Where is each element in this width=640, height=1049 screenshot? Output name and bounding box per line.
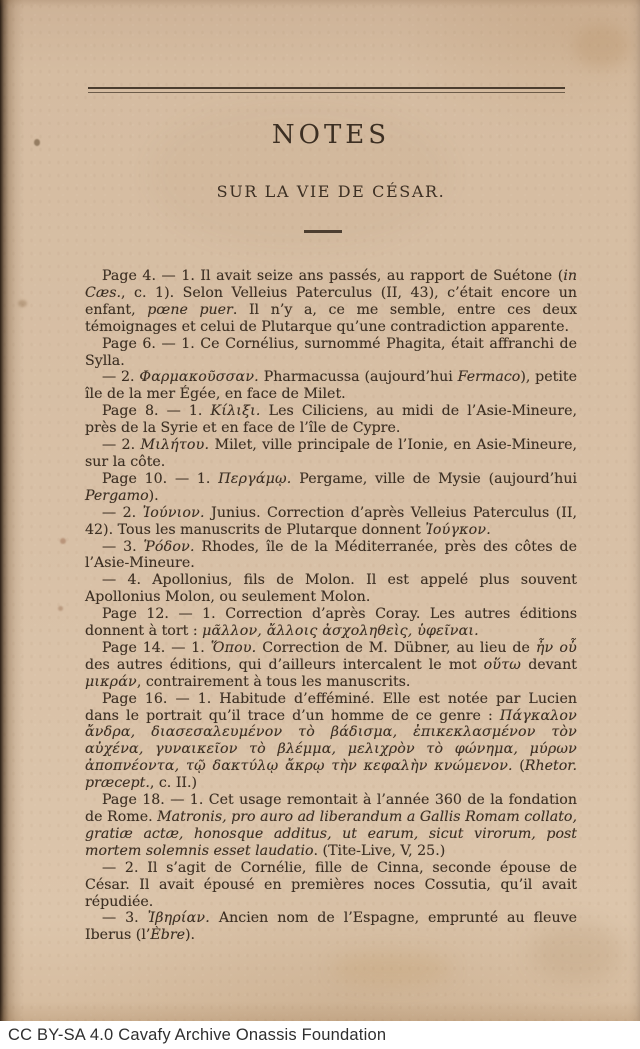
text-run: Pharmacussa (aujourd’hui — [259, 369, 458, 385]
note-paragraph: — 2. Φαρμακοῦσσαν. Pharmacussa (aujourd’… — [85, 369, 577, 403]
note-paragraph: — 2. Μιλήτου. Milet, ville principale de… — [85, 437, 577, 471]
note-paragraph: — 3. Ῥόδον. Rhodes, île de la Méditerran… — [85, 539, 577, 573]
greek-run: οὕτω — [484, 657, 521, 673]
text-run: ). — [185, 927, 195, 943]
paper-stain — [332, 952, 452, 986]
paper-speck — [34, 139, 40, 146]
page-top-edge — [0, 0, 640, 7]
text-run: — 2. — [102, 505, 143, 521]
text-run: — 2. — [102, 369, 139, 385]
text-run: Page 10. — 1. — [102, 471, 218, 487]
text-run: Page 6. — 1. Ce Cornélius, surnommé Phag… — [85, 336, 577, 369]
note-paragraph: Page 14. — 1. Ὅπου. Correction de M. Düb… — [85, 640, 577, 691]
text-run: Pergame, ville de Mysie (aujourd’hui — [292, 471, 577, 487]
text-run: devant — [521, 657, 577, 673]
text-run: . (Tite-Live, V, 25.) — [314, 843, 446, 859]
text-run: , c. II.) — [150, 775, 197, 791]
page-right-edge — [628, 0, 640, 1021]
greek-run: Ἰούγκον. — [425, 522, 491, 538]
book-page-scan: NOTES SUR LA VIE DE CÉSAR. Page 4. — 1. … — [0, 0, 640, 1021]
text-run: — 2. Il s’agit de Cornélie, fille de Cin… — [85, 860, 577, 910]
greek-run: Ἰούνιον. — [143, 505, 205, 521]
paper-speck — [60, 538, 66, 544]
italic-run: Fermaco — [458, 369, 521, 385]
note-paragraph: — 2. Ἰούνιον. Junius. Correction d’après… — [85, 505, 577, 539]
note-paragraph: — 2. Il s’agit de Cornélie, fille de Cin… — [85, 860, 577, 911]
text-run: — 3. — [102, 539, 144, 555]
greek-run: Ἰβηρίαν. — [148, 910, 210, 926]
note-paragraph: Page 10. — 1. Περγάμῳ. Pergame, ville de… — [85, 471, 577, 505]
text-run: — 4. Apollonius, fils de Molon. Il est a… — [85, 572, 577, 605]
note-paragraph: — 4. Apollonius, fils de Molon. Il est a… — [85, 572, 577, 606]
note-paragraph: — 3. Ἰβηρίαν. Ancien nom de l’Espagne, e… — [85, 910, 577, 944]
text-run: ( — [513, 758, 525, 774]
greek-run: Κίλιξι. — [211, 403, 261, 419]
note-paragraph: Page 4. — 1. Il avait seize ans passés, … — [85, 268, 577, 336]
text-run: Page 14. — 1. — [102, 640, 211, 656]
paper-speck — [58, 606, 63, 611]
greek-run: Ὅπου. — [211, 640, 257, 656]
text-run: Correction de M. Dübner, au lieu de — [256, 640, 535, 656]
greek-run: Ῥόδον. — [144, 539, 195, 555]
page-gutter-shadow — [0, 0, 24, 1021]
text-run: , contrairement à tous les manuscrits. — [137, 674, 411, 690]
license-bar: CC BY-SA 4.0 Cavafy Archive Onassis Foun… — [0, 1021, 640, 1049]
text-run: des autres éditions, qui d’ailleurs inte… — [85, 657, 484, 673]
text-run: — 3. — [102, 910, 148, 926]
greek-run: μικράν — [85, 674, 137, 690]
note-paragraph: Page 6. — 1. Ce Cornélius, surnommé Phag… — [85, 336, 577, 370]
paper-speck — [18, 300, 27, 307]
greek-run: ἦν οὗ — [536, 640, 577, 656]
text-run: Page 8. — 1. — [102, 403, 211, 419]
notes-body: Page 4. — 1. Il avait seize ans passés, … — [85, 268, 577, 944]
page-title: NOTES — [85, 120, 577, 150]
text-run: — 2. — [102, 437, 140, 453]
page-bottom-edge — [0, 1001, 640, 1021]
text-run: ). — [149, 488, 159, 504]
header-double-rule — [88, 87, 565, 93]
page-subtitle: SUR LA VIE DE CÉSAR. — [85, 182, 577, 201]
italic-run: pœne puer — [147, 302, 233, 318]
paper-stain — [574, 24, 630, 68]
note-paragraph: Page 16. — 1. Habitude d’efféminé. Elle … — [85, 691, 577, 792]
greek-run: Μιλήτου. — [140, 437, 209, 453]
italic-run: Pergamo — [85, 488, 149, 504]
greek-run: Περγάμῳ. — [218, 471, 291, 487]
greek-run: μᾶλλον, ἄλλοις ἀσχοληθεὶς, ὑφεῖναι. — [202, 623, 479, 639]
note-paragraph: Page 12. — 1. Correction d’après Coray. … — [85, 606, 577, 640]
note-paragraph: Page 8. — 1. Κίλιξι. Les Ciliciens, au m… — [85, 403, 577, 437]
greek-run: Φαρμακοῦσσαν. — [139, 369, 259, 385]
italic-run: Èbre — [150, 927, 185, 943]
text-run: Page 4. — 1. Il avait seize ans passés, … — [102, 268, 563, 284]
license-text: CC BY-SA 4.0 Cavafy Archive Onassis Foun… — [8, 1026, 386, 1045]
separator-dash — [304, 230, 342, 233]
note-paragraph: Page 18. — 1. Cet usage remontait à l’an… — [85, 792, 577, 860]
